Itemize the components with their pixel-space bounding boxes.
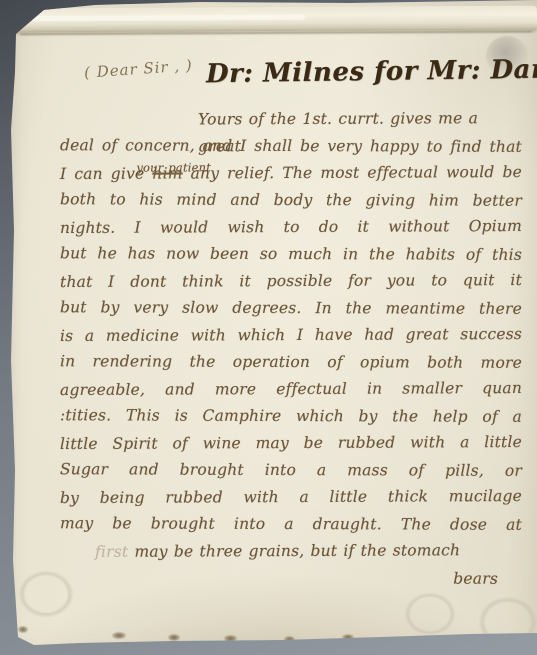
- letter-body: Yours of the 1st. currt. gives me a grea…: [60, 106, 522, 592]
- corrected-word: your patienthim: [152, 160, 182, 187]
- letter-line: :tities. This is Camphire which by the h…: [60, 402, 522, 431]
- letter-heading: Dr: Milnes for Mr: Darrel: [206, 55, 537, 90]
- letter-line-final: first may be three grains, but if the st…: [60, 537, 522, 566]
- edge-stain: [18, 626, 28, 633]
- letter-line: is a medicine with which I have had grea…: [60, 321, 522, 350]
- final-line-text: may be three grains, but if the stomach: [128, 541, 460, 560]
- edge-stain: [224, 635, 237, 642]
- letter-line-with-correction: I can give your patienthim any relief. T…: [60, 159, 522, 188]
- embossed-seal-middle: [404, 592, 456, 636]
- letter-line: both to his mind and body the giving him…: [60, 186, 522, 215]
- edge-stain: [342, 634, 354, 641]
- letter-line: that I dont think it possible for you to…: [60, 267, 522, 296]
- letter-line: in rendering the operation of opium both…: [60, 348, 522, 377]
- letter-line: but he has now been so much in the habit…: [60, 240, 522, 269]
- letter-line: Yours of the 1st. currt. gives me a grea…: [60, 105, 522, 134]
- letter-line: Sugar and brought into a mass of pills, …: [60, 456, 522, 485]
- letter-line: by being rubbed with a little thick muci…: [60, 483, 522, 512]
- paper-fold-crease: [9, 6, 537, 33]
- letter-line: little Spirit of wine may be rubbed with…: [60, 429, 522, 458]
- letter-line: but by very slow degrees. In the meantim…: [60, 294, 522, 323]
- interlinear-insertion: your patient: [136, 162, 211, 173]
- letter-line: may be brought into a draught. The dose …: [60, 510, 522, 539]
- embossed-seal-right: [478, 596, 537, 648]
- edge-stain: [284, 636, 295, 643]
- scanned-letter-photo: ( Dear Sir , ) Dr: Milnes for Mr: Darrel…: [0, 0, 537, 655]
- letter-line: nights. I would wish to do it without Op…: [60, 213, 522, 242]
- letter-line: agreeable, and more effectual in smaller…: [60, 375, 522, 404]
- letter-line: deal of concern, and I shall be very hap…: [60, 132, 522, 161]
- edge-stain: [168, 634, 180, 641]
- catchword: bears: [60, 564, 522, 593]
- salutation: ( Dear Sir , ): [84, 56, 194, 82]
- letter-paper: ( Dear Sir , ) Dr: Milnes for Mr: Darrel…: [0, 0, 537, 655]
- faded-word: first: [95, 543, 128, 561]
- edge-stain: [112, 632, 126, 639]
- correction-suffix: any relief. The most effectual would be: [183, 163, 522, 182]
